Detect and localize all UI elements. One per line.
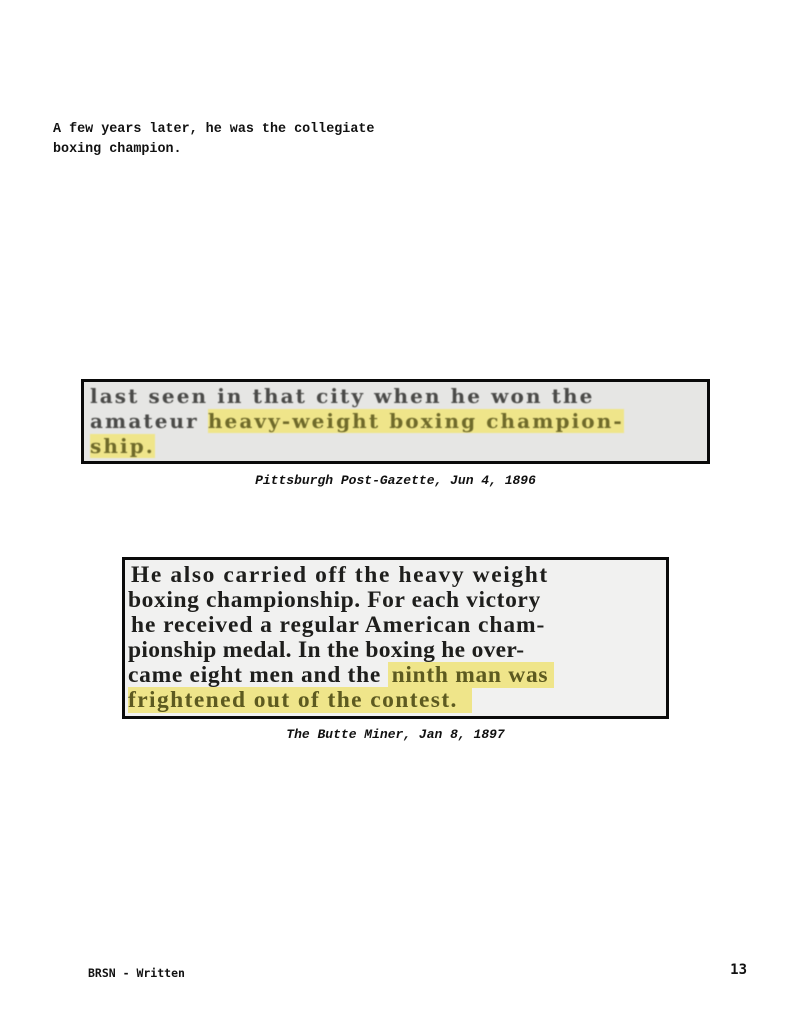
highlighted-text: ship. [90,434,155,458]
clipping-caption-butte-miner: The Butte Miner, Jan 8, 1897 [0,727,791,742]
intro-text: A few years later, he was the collegiate… [53,120,453,160]
intro-line-1: A few years later, he was the collegiate [53,122,374,137]
clipping-line: He also carried off the heavy weight [131,562,549,589]
newspaper-clipping-pittsburgh: last seen in that city when he won the a… [81,379,710,464]
clipping-line: last seen in that city when he won the [90,384,594,408]
clipping-line: pionship medal. In the boxing he over- [128,637,524,664]
clipping-line: boxing championship. For each victory [128,587,541,614]
highlighted-text: ninth man was [388,662,555,688]
highlighted-text: heavy-weight boxing champion- [208,409,624,433]
clipping-line: ship. [90,434,155,458]
clipping-line: amateur heavy-weight boxing champion- [90,409,624,433]
intro-line-2: boxing champion. [53,142,182,157]
footer-document-label: BRSN - Written [88,966,185,980]
clipping-line: came eight men and the ninth man was [128,662,554,689]
clipping-line: he received a regular American cham- [131,612,545,639]
highlighted-text: frightened out of the contest. [128,687,472,713]
newspaper-clipping-butte-miner: He also carried off the heavy weight box… [122,557,669,719]
clipping-line: frightened out of the contest. [128,687,472,714]
clipping-caption-pittsburgh: Pittsburgh Post-Gazette, Jun 4, 1896 [0,473,791,488]
page-number: 13 [730,962,747,978]
